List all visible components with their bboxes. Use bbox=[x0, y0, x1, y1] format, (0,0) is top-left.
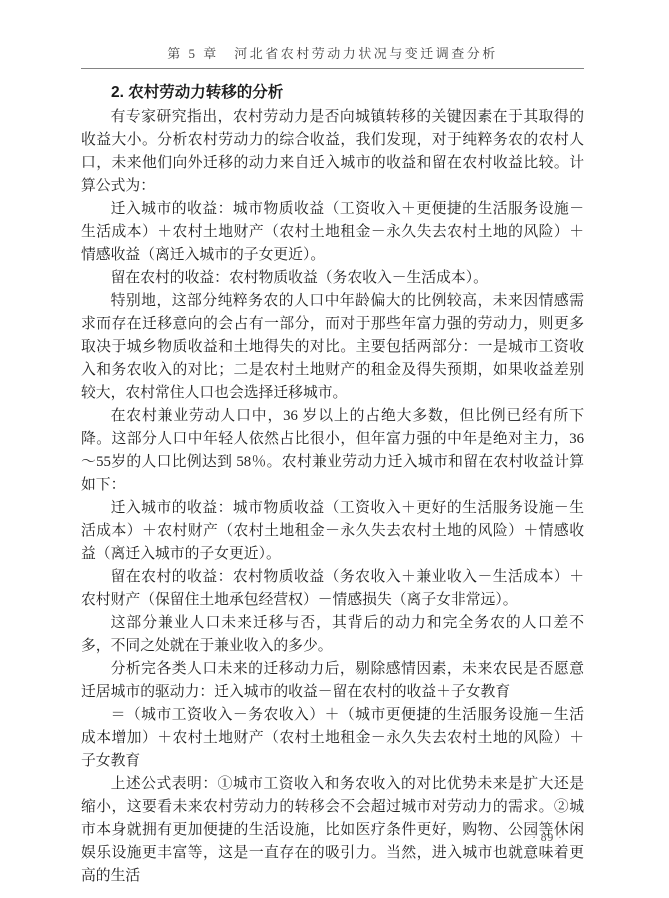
paragraph: 有专家研究指出，农村劳动力是否向城镇转移的关键因素在于其取得的收益大小。分析农村… bbox=[81, 106, 584, 198]
page-content: 2. 农村劳动力转移的分析 有专家研究指出，农村劳动力是否向城镇转移的关键因素在… bbox=[81, 83, 584, 888]
paragraph: 分析完各类人口未来的迁移动力后，剔除感情因素，未来农民是否愿意迁居城市的驱动力：… bbox=[81, 658, 584, 704]
paragraph: 这部分兼业人口未来迁移与否，其背后的动力和完全务农的人口差不多，不同之处就在于兼… bbox=[81, 612, 584, 658]
paragraph: 迁入城市的收益：城市物质收益（工资收入＋更便捷的生活服务设施－生活成本）＋农村土… bbox=[81, 198, 584, 267]
page-number: · 89 · bbox=[81, 832, 563, 844]
paragraph: 留在农村的收益：农村物质收益（务农收入＋兼业收入－生活成本）＋农村财产（保留住土… bbox=[81, 566, 584, 612]
paragraph: 在农村兼业劳动人口中，36 岁以上的占绝大多数，但比例已经有所下降。这部分人口中… bbox=[81, 405, 584, 497]
paragraph: 特别地，这部分纯粹务农的人口中年龄偏大的比例较高，未来因情感需求而存在迁移意向的… bbox=[81, 290, 584, 405]
paragraph: 留在农村的收益：农村物质收益（务农收入－生活成本）。 bbox=[81, 267, 584, 290]
paragraph: ＝（城市工资收入－务农收入）＋（城市更便捷的生活服务设施－生活成本增加）＋农村土… bbox=[81, 704, 584, 773]
running-header: 第 5 章 河北省农村劳动力状况与变迁调查分析 bbox=[81, 45, 584, 69]
paragraph: 迁入城市的收益：城市物质收益（工资收入＋更好的生活服务设施－生活成本）＋农村财产… bbox=[81, 497, 584, 566]
document-page: 第 5 章 河北省农村劳动力状况与变迁调查分析 2. 农村劳动力转移的分析 有专… bbox=[0, 0, 669, 898]
chapter-title: 第 5 章 河北省农村劳动力状况与变迁调查分析 bbox=[167, 46, 498, 61]
section-heading: 2. 农村劳动力转移的分析 bbox=[81, 83, 584, 103]
paragraph: 上述公式表明：①城市工资收入和务农收入的对比优势未来是扩大还是缩小，这要看未来农… bbox=[81, 773, 584, 888]
